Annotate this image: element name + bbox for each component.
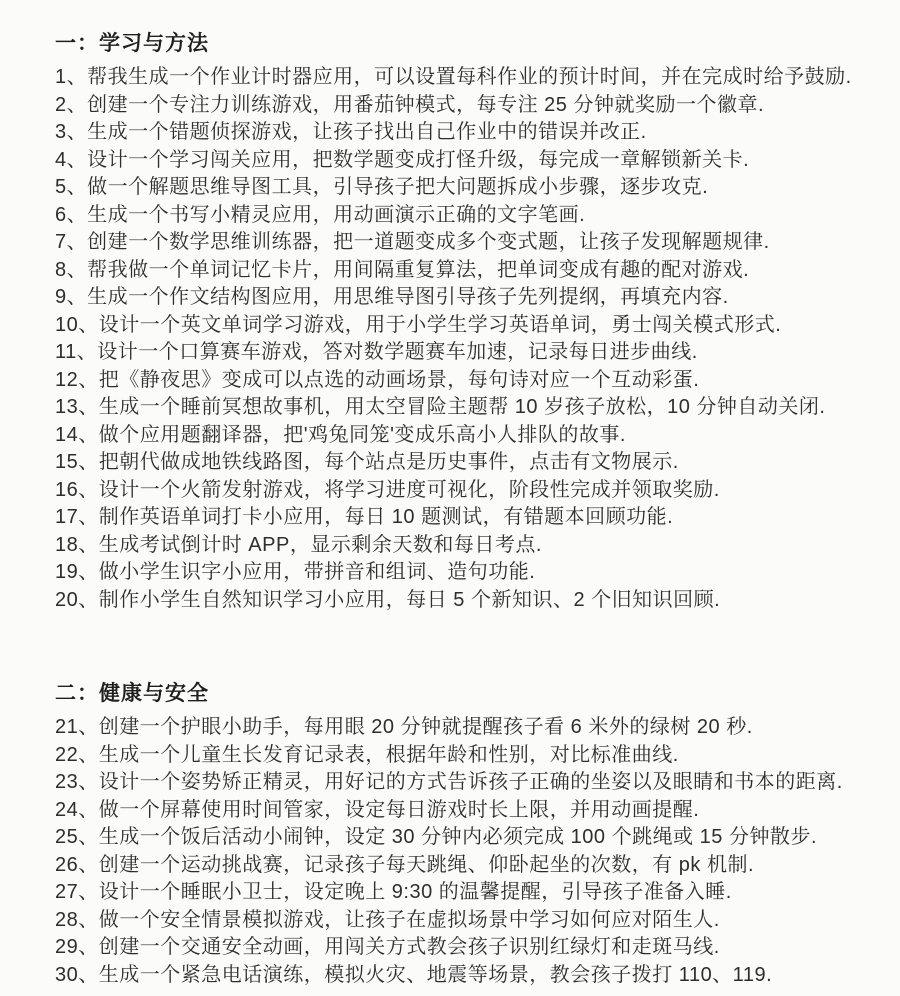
item-text: 25、生成一个饭后活动小闹钟，设定 30 分钟内必须完成 100 个跳绳或 15… <box>55 826 817 848</box>
list-item: 8、帮我做一个单词记忆卡片，用间隔重复算法，把单词变成有趣的配对游戏. <box>55 257 886 285</box>
list-item: 25、生成一个饭后活动小闹钟，设定 30 分钟内必须完成 100 个跳绳或 15… <box>55 824 886 852</box>
list-item: 21、创建一个护眼小助手，每用眼 20 分钟就提醒孩子看 6 米外的绿树 20 … <box>55 714 886 742</box>
item-text: 12、把《静夜思》变成可以点选的动画场景，每句诗对应一个互动彩蛋. <box>55 369 699 391</box>
list-item: 27、设计一个睡眠小卫士，设定晚上 9:30 的温馨提醒，引导孩子准备入睡. <box>55 879 886 907</box>
item-text: 20、制作小学生自然知识学习小应用，每日 5 个新知识、2 个旧知识回顾. <box>55 589 720 611</box>
item-text: 30、生成一个紧急电话演练，模拟火灾、地震等场景，教会孩子拨打 110、119. <box>55 964 772 986</box>
item-text: 23、设计一个姿势矫正精灵，用好记的方式告诉孩子正确的坐姿以及眼睛和书本的距离. <box>55 771 843 793</box>
list-item: 29、创建一个交通安全动画，用闯关方式教会孩子识别红绿灯和走斑马线. <box>55 934 886 962</box>
list-item: 10、设计一个英文单词学习游戏，用于小学生学习英语单词，勇士闯关模式形式. <box>55 312 886 340</box>
list-item: 11、设计一个口算赛车游戏，答对数学题赛车加速，记录每日进步曲线. <box>55 339 886 367</box>
item-text: 4、设计一个学习闯关应用，把数学题变成打怪升级，每完成一章解锁新关卡. <box>55 149 749 171</box>
list-item: 2、创建一个专注力训练游戏，用番茄钟模式，每专注 25 分钟就奖励一个徽章. <box>55 92 886 120</box>
list-item: 14、做个应用题翻译器，把'鸡兔同笼'变成乐高小人排队的故事. <box>55 422 886 450</box>
item-text: 9、生成一个作文结构图应用，用思维导图引导孩子先列提纲，再填充内容. <box>55 286 729 308</box>
list-item: 19、做小学生识字小应用，带拼音和组词、造句功能. <box>55 559 886 587</box>
item-text: 21、创建一个护眼小助手，每用眼 20 分钟就提醒孩子看 6 米外的绿树 20 … <box>55 716 753 738</box>
list-item: 5、做一个解题思维导图工具，引导孩子把大问题拆成小步骤，逐步攻克. <box>55 174 886 202</box>
list-item: 22、生成一个儿童生长发育记录表，根据年龄和性别，对比标准曲线. <box>55 742 886 770</box>
item-text: 10、设计一个英文单词学习游戏，用于小学生学习英语单词，勇士闯关模式形式. <box>55 314 781 336</box>
item-text: 27、设计一个睡眠小卫士，设定晚上 9:30 的温馨提醒，引导孩子准备入睡. <box>55 881 732 903</box>
list-item: 12、把《静夜思》变成可以点选的动画场景，每句诗对应一个互动彩蛋. <box>55 367 886 395</box>
list-item: 18、生成考试倒计时 APP，显示剩余天数和每日考点. <box>55 532 886 560</box>
list-item: 15、把朝代做成地铁线路图，每个站点是历史事件，点击有文物展示. <box>55 449 886 477</box>
item-text: 5、做一个解题思维导图工具，引导孩子把大问题拆成小步骤，逐步攻克. <box>55 176 708 198</box>
list-item: 20、制作小学生自然知识学习小应用，每日 5 个新知识、2 个旧知识回顾. <box>55 587 886 615</box>
item-text: 2、创建一个专注力训练游戏，用番茄钟模式，每专注 25 分钟就奖励一个徽章. <box>55 94 764 116</box>
item-text: 26、创建一个运动挑战赛，记录孩子每天跳绳、仰卧起坐的次数，有 pk 机制. <box>55 854 754 876</box>
item-text: 1、帮我生成一个作业计时器应用，可以设置每科作业的预计时间，并在完成时给予鼓励. <box>55 66 852 88</box>
list-item: 9、生成一个作文结构图应用，用思维导图引导孩子先列提纲，再填充内容. <box>55 284 886 312</box>
list-item: 1、帮我生成一个作业计时器应用，可以设置每科作业的预计时间，并在完成时给予鼓励. <box>55 64 886 92</box>
item-text: 11、设计一个口算赛车游戏，答对数学题赛车加速，记录每日进步曲线. <box>55 341 698 363</box>
list-item: 6、生成一个书写小精灵应用，用动画演示正确的文字笔画. <box>55 202 886 230</box>
section-learning-and-methods: 一：学习与方法 1、帮我生成一个作业计时器应用，可以设置每科作业的预计时间，并在… <box>55 30 886 614</box>
list-item: 30、生成一个紧急电话演练，模拟火灾、地震等场景，教会孩子拨打 110、119. <box>55 962 886 990</box>
section-heading: 二：健康与安全 <box>55 680 886 707</box>
item-text: 14、做个应用题翻译器，把'鸡兔同笼'变成乐高小人排队的故事. <box>55 424 626 446</box>
item-text: 28、做一个安全情景模拟游戏，让孩子在虚拟场景中学习如何应对陌生人. <box>55 909 720 931</box>
item-text: 7、创建一个数学思维训练器，把一道题变成多个变式题，让孩子发现解题规律. <box>55 231 770 253</box>
item-list: 21、创建一个护眼小助手，每用眼 20 分钟就提醒孩子看 6 米外的绿树 20 … <box>55 714 886 989</box>
item-text: 8、帮我做一个单词记忆卡片，用间隔重复算法，把单词变成有趣的配对游戏. <box>55 259 749 281</box>
document-page: 一：学习与方法 1、帮我生成一个作业计时器应用，可以设置每科作业的预计时间，并在… <box>0 0 900 996</box>
list-item: 28、做一个安全情景模拟游戏，让孩子在虚拟场景中学习如何应对陌生人. <box>55 907 886 935</box>
list-item: 16、设计一个火箭发射游戏，将学习进度可视化，阶段性完成并领取奖励. <box>55 477 886 505</box>
section-heading: 一：学习与方法 <box>55 30 886 57</box>
list-item: 3、生成一个错题侦探游戏，让孩子找出自己作业中的错误并改正. <box>55 119 886 147</box>
list-item: 26、创建一个运动挑战赛，记录孩子每天跳绳、仰卧起坐的次数，有 pk 机制. <box>55 852 886 880</box>
list-item: 4、设计一个学习闯关应用，把数学题变成打怪升级，每完成一章解锁新关卡. <box>55 147 886 175</box>
list-item: 24、做一个屏幕使用时间管家，设定每日游戏时长上限，并用动画提醒. <box>55 797 886 825</box>
item-text: 16、设计一个火箭发射游戏，将学习进度可视化，阶段性完成并领取奖励. <box>55 479 720 501</box>
item-list: 1、帮我生成一个作业计时器应用，可以设置每科作业的预计时间，并在完成时给予鼓励.… <box>55 64 886 614</box>
list-item: 13、生成一个睡前冥想故事机，用太空冒险主题帮 10 岁孩子放松，10 分钟自动… <box>55 394 886 422</box>
item-text: 29、创建一个交通安全动画，用闯关方式教会孩子识别红绿灯和走斑马线. <box>55 936 720 958</box>
item-text: 3、生成一个错题侦探游戏，让孩子找出自己作业中的错误并改正. <box>55 121 647 143</box>
item-text: 22、生成一个儿童生长发育记录表，根据年龄和性别，对比标准曲线. <box>55 744 679 766</box>
list-item: 17、制作英语单词打卡小应用，每日 10 题测试，有错题本回顾功能. <box>55 504 886 532</box>
item-text: 19、做小学生识字小应用，带拼音和组词、造句功能. <box>55 561 535 583</box>
item-text: 24、做一个屏幕使用时间管家，设定每日游戏时长上限，并用动画提醒. <box>55 799 699 821</box>
item-text: 13、生成一个睡前冥想故事机，用太空冒险主题帮 10 岁孩子放松，10 分钟自动… <box>55 396 825 418</box>
item-text: 15、把朝代做成地铁线路图，每个站点是历史事件，点击有文物展示. <box>55 451 679 473</box>
list-item: 23、设计一个姿势矫正精灵，用好记的方式告诉孩子正确的坐姿以及眼睛和书本的距离. <box>55 769 886 797</box>
list-item: 7、创建一个数学思维训练器，把一道题变成多个变式题，让孩子发现解题规律. <box>55 229 886 257</box>
sections-container: 一：学习与方法 1、帮我生成一个作业计时器应用，可以设置每科作业的预计时间，并在… <box>55 30 886 989</box>
item-text: 18、生成考试倒计时 APP，显示剩余天数和每日考点. <box>55 534 542 556</box>
item-text: 6、生成一个书写小精灵应用，用动画演示正确的文字笔画. <box>55 204 585 226</box>
section-health-and-safety: 二：健康与安全 21、创建一个护眼小助手，每用眼 20 分钟就提醒孩子看 6 米… <box>55 680 886 989</box>
item-text: 17、制作英语单词打卡小应用，每日 10 题测试，有错题本回顾功能. <box>55 506 673 528</box>
